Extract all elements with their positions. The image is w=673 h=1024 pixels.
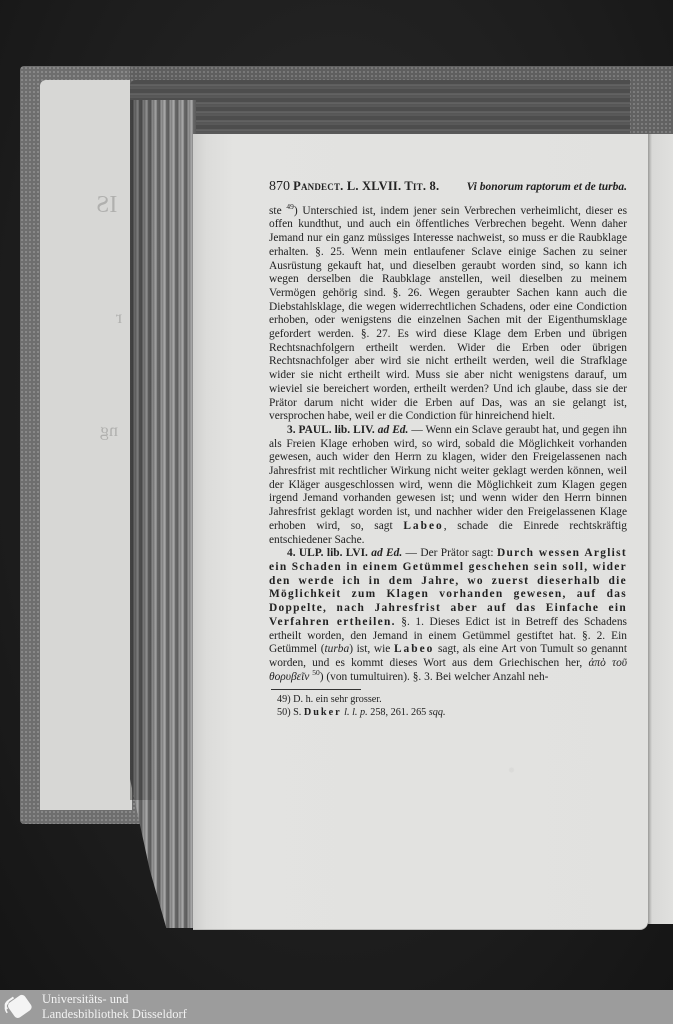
section-reference: Pandect. L. XLVII. Tit. 8. [293,179,439,193]
paragraph-fragment-4: 4. ULP. lib. LVI. ad Ed. — Der Prätor sa… [269,547,627,684]
source-citation: 4. ULP. lib. LVI. [287,547,368,559]
institution-name[interactable]: Universitäts- und Landesbibliothek Düsse… [42,992,187,1022]
running-head: 870 Pandect. L. XLVII. Tit. 8. Vi bonoru… [269,180,627,195]
spine-shadow [130,100,160,800]
footnote-ref[interactable]: 50 [312,668,320,677]
jurist-name: Labeo [394,643,434,655]
endpaper: IS r ng [40,80,132,810]
footnote-divider [271,689,361,690]
jurist-name: Labeo [403,520,443,532]
source-citation: 3. PAUL. lib. LIV. [287,424,375,436]
footnote-49: 49) D. h. ein sehr grosser. [277,694,627,707]
page-number: 870 [269,179,290,194]
page-text: 870 Pandect. L. XLVII. Tit. 8. Vi bonoru… [269,180,627,719]
footnote-ref[interactable]: 49 [286,202,294,211]
footnotes: 49) D. h. ein sehr grosser. 50) S. Duker… [269,694,627,719]
page-block-top-edge [130,80,630,138]
bleed-through-text: ng [100,420,118,441]
paragraph-fragment-3: 3. PAUL. lib. LIV. ad Ed. — Wenn ein Scl… [269,424,627,547]
bleed-through-text: IS [96,192,117,219]
footnote-50: 50) S. Duker l. l. p. 258, 261. 265 sqq. [277,707,627,720]
footer-bar: Universitäts- und Landesbibliothek Düsse… [0,990,673,1024]
book-logo-icon[interactable] [2,990,36,1024]
bleed-through-text: r [116,307,122,328]
title-heading: Vi bonorum raptorum et de turba. [467,181,627,195]
facing-page-edge [648,134,673,924]
paragraph-continuation: ste 49) Unterschied ist, indem jener sei… [269,205,627,424]
